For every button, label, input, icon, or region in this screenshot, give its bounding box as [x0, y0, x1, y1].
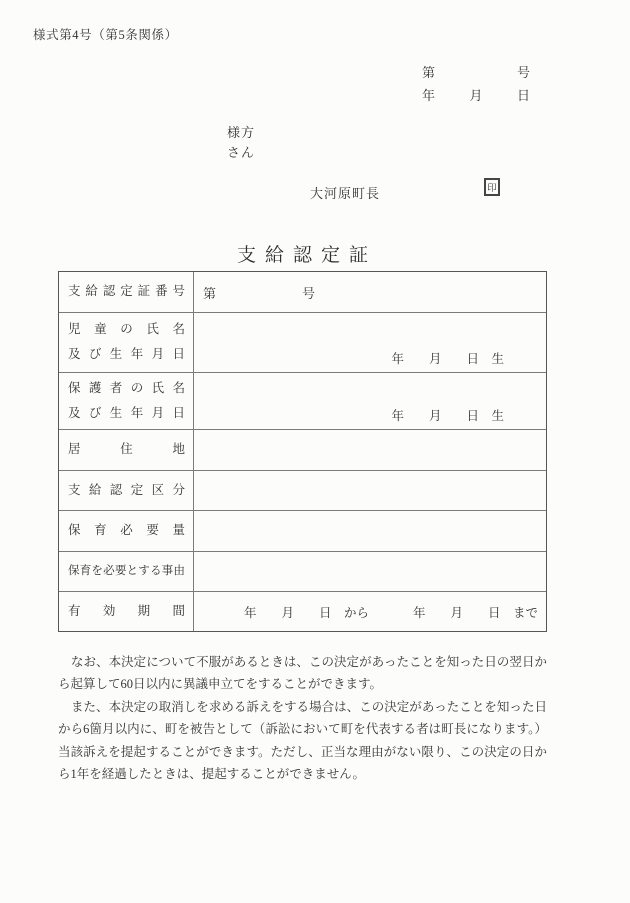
row-label-care-amount: 保育必要量 — [59, 511, 194, 552]
document-page: 様式第4号（第5条関係） 第 号 年 月 日 様方 さん 大河原町長 印 支給認… — [0, 0, 630, 903]
row-value-category — [194, 471, 546, 511]
addressee-honorific: さん — [227, 142, 255, 161]
note-lawsuit-paragraph: また、本決定の取消しを求める訴えをする場合は、この決定があったことを知った日から… — [58, 696, 547, 786]
row-label-residence: 居住地 — [59, 430, 194, 471]
row-value-guardian: 年 月 日 生 — [194, 373, 546, 430]
row-value-residence — [194, 430, 546, 471]
date-month-label: 月 — [469, 85, 482, 104]
validity-from-placeholder: 年 月 日 から — [244, 603, 369, 621]
row-label-guardian: 保護者の氏名 及び生年月日 — [59, 373, 194, 430]
row-value-child: 年 月 日 生 — [194, 313, 546, 373]
guardian-birthdate-placeholder: 年 月 日 生 — [391, 406, 504, 424]
care-amount-label: 保育必要量 — [68, 524, 185, 538]
seal-mark: 印 — [484, 178, 500, 196]
certificate-table: 支給認定証番号 第 号 児童の氏名 及び生年月日 年 月 日 生 保護者の氏名 … — [58, 271, 547, 632]
validity-to-placeholder: 年 月 日 まで — [413, 603, 538, 621]
care-reason-label: 保育を必要とする事由 — [68, 565, 185, 578]
row-label-cert-number: 支給認定証番号 — [59, 272, 194, 313]
row-value-care-reason — [194, 552, 546, 592]
cert-number-suffix: 号 — [302, 283, 315, 302]
cert-number-label: 支給認定証番号 — [68, 285, 185, 299]
row-label-validity: 有効期間 — [59, 592, 194, 631]
issuer-title: 大河原町長 — [310, 183, 380, 202]
certificate-title: 支給認定証 — [58, 240, 547, 267]
addressee-suffix: 様方 — [227, 122, 255, 141]
row-label-child: 児童の氏名 及び生年月日 — [59, 313, 194, 373]
issue-date-line: 年 月 日 — [422, 85, 530, 104]
document-number-line: 第 号 — [422, 62, 530, 81]
guardian-label-line2: 及び生年月日 — [68, 407, 185, 421]
row-value-care-amount — [194, 511, 546, 552]
doc-number-suffix: 号 — [517, 62, 530, 81]
date-year-label: 年 — [422, 85, 435, 104]
doc-number-prefix: 第 — [422, 62, 435, 81]
row-value-validity: 年 月 日 から 年 月 日 まで — [194, 592, 546, 631]
child-label-line2: 及び生年月日 — [68, 348, 185, 362]
cert-number-prefix: 第 — [203, 283, 216, 302]
form-number: 様式第4号（第5条関係） — [33, 25, 178, 43]
guardian-label-line1: 保護者の氏名 — [68, 382, 185, 396]
validity-label: 有効期間 — [68, 605, 185, 619]
row-label-care-reason: 保育を必要とする事由 — [59, 552, 194, 592]
legal-notes: なお、本決定について不服があるときは、この決定があったことを知った日の翌日から起… — [58, 651, 547, 785]
child-birthdate-placeholder: 年 月 日 生 — [391, 349, 504, 367]
row-label-category: 支給認定区分 — [59, 471, 194, 511]
note-objection-paragraph: なお、本決定について不服があるときは、この決定があったことを知った日の翌日から起… — [58, 651, 547, 696]
row-value-cert-number: 第 号 — [194, 272, 546, 313]
residence-label: 居住地 — [68, 443, 185, 457]
category-label: 支給認定区分 — [68, 484, 185, 498]
child-label-line1: 児童の氏名 — [68, 323, 185, 337]
date-day-label: 日 — [517, 85, 530, 104]
